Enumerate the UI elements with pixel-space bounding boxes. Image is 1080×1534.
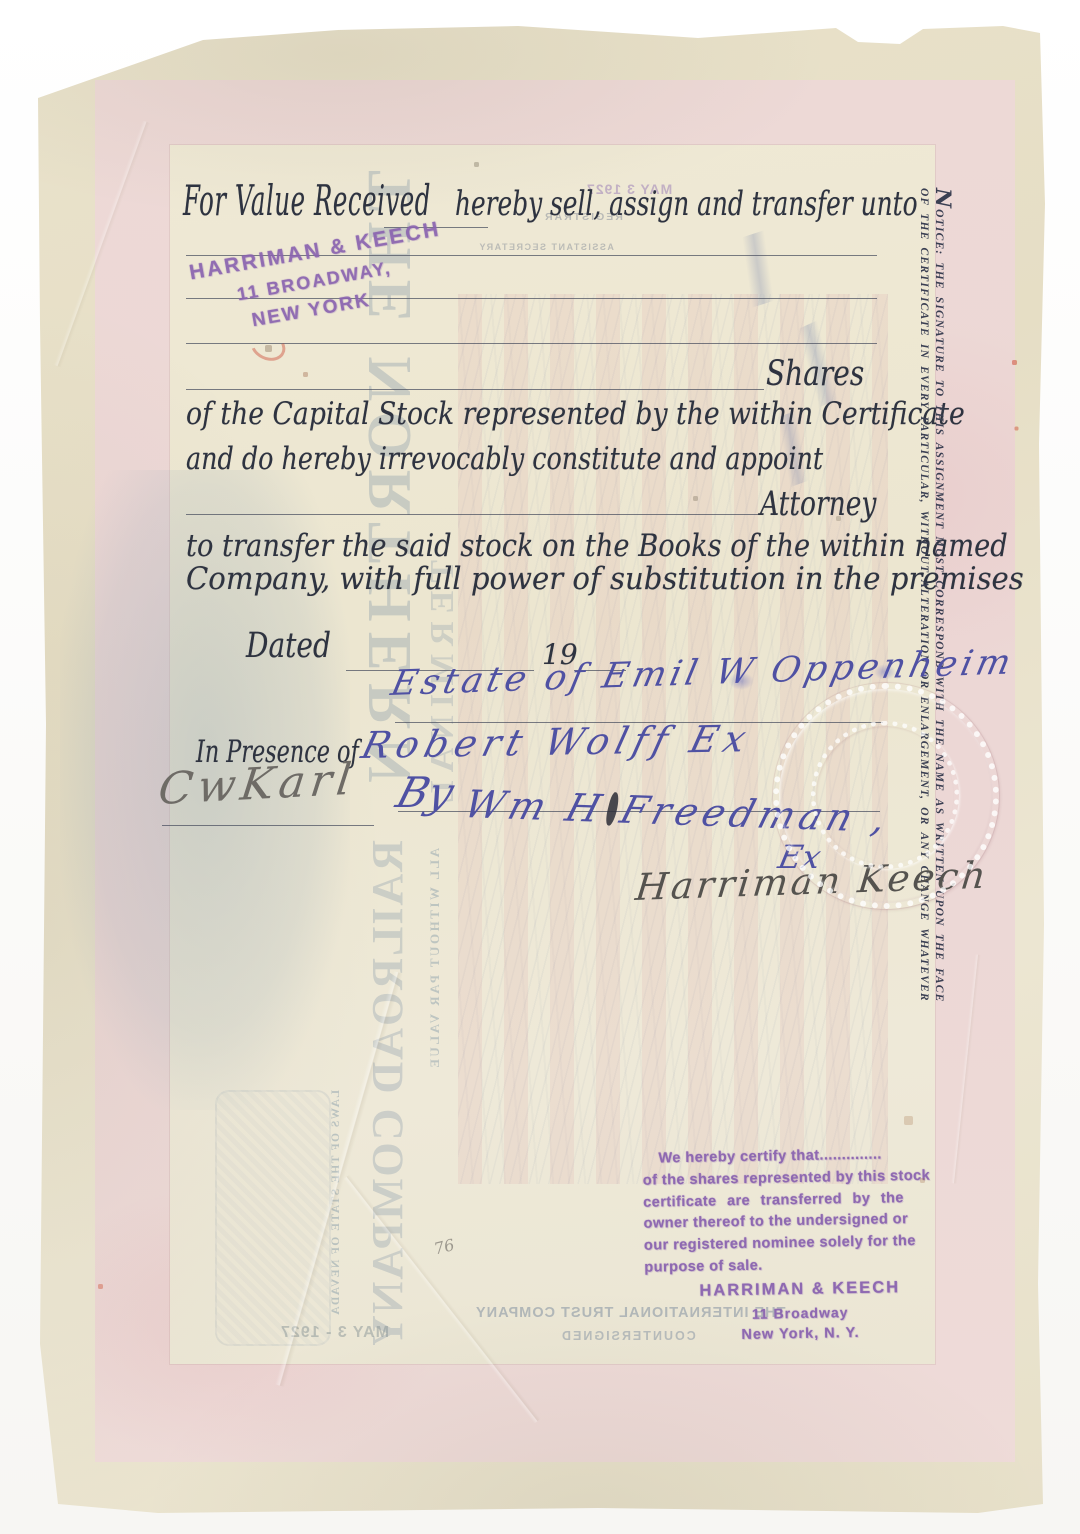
transfer-line: to transfer the said stock on the Books …: [186, 528, 1008, 564]
opening-phrase-left: For Value Received: [183, 176, 431, 225]
show-through-secretary: ASSISTANT SECRETARY: [478, 242, 614, 252]
capital-stock-line: of the Capital Stock represented by the …: [186, 396, 965, 432]
embossed-seal: [773, 683, 999, 909]
ink-smudge: [728, 672, 754, 690]
certify-line-6: purpose of sale.: [644, 1252, 954, 1279]
certify-stamp: We hereby certify that.............. of …: [642, 1143, 955, 1349]
executor-handwriting: Robert Wolff Ex: [357, 717, 756, 767]
constitute-line: and do hereby irrevocably constitute and…: [186, 441, 823, 477]
shares-line: [186, 389, 764, 390]
opening-phrase-right: hereby sell, assign and transfer unto: [455, 184, 918, 224]
certify-firm: HARRIMAN & KEECH: [645, 1276, 955, 1303]
attorney-line: [186, 514, 758, 515]
ink-smudge: [874, 664, 896, 680]
dated-label: Dated: [246, 626, 331, 666]
witness-signature-handwriting: CwKarl: [156, 754, 359, 815]
shares-label: Shares: [766, 354, 864, 394]
scanned-certificate-page: THE NORTHERN TERMINAL RAILROAD COMPANY A…: [0, 0, 1080, 1534]
attorney-label: Attorney: [760, 484, 876, 524]
witness-signature-line: [162, 825, 374, 826]
certificate-paper: THE NORTHERN TERMINAL RAILROAD COMPANY A…: [38, 24, 1046, 1516]
aging-spots: [38, 24, 39, 25]
embossed-seal-inner-ring: [811, 721, 959, 869]
assignee-line-3: [186, 343, 877, 344]
show-through-par-value: ALL WITHOUT PAR VALUE: [427, 848, 445, 1178]
company-line: Company, with full power of substitution…: [186, 561, 1024, 597]
ornament-show-through: [215, 1090, 331, 1346]
